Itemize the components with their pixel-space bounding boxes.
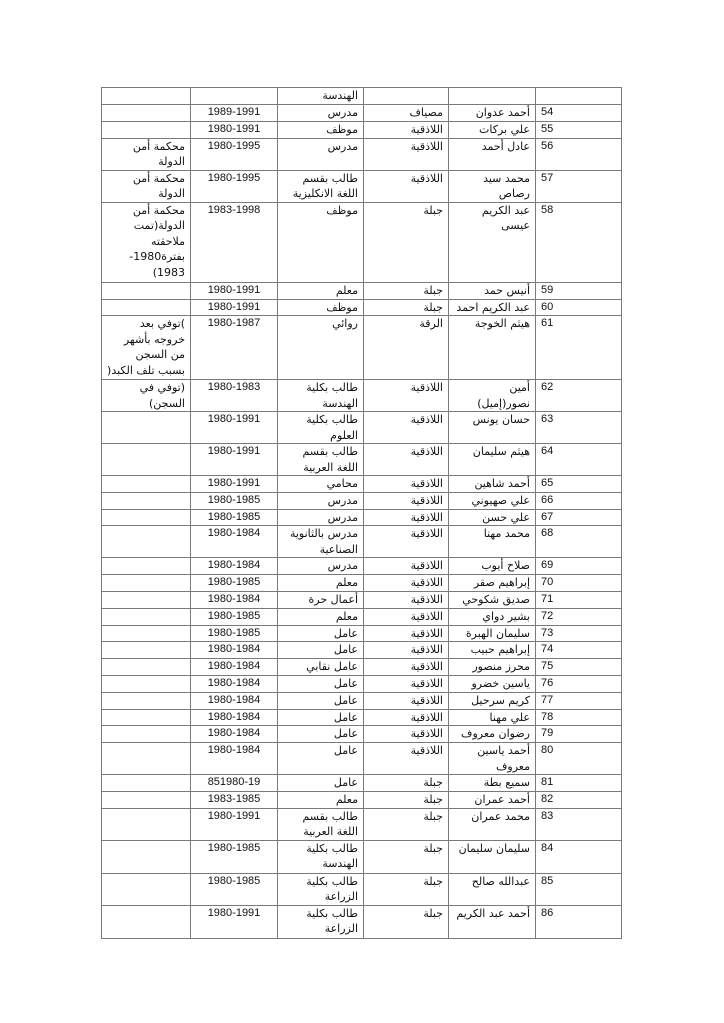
occupation-cell: عامل [278, 692, 364, 709]
table-row: 82أحمد عمرانجبلةمعلم1983-1985 [102, 792, 622, 809]
occupation-cell: طالب بكلية الهندسة [278, 380, 364, 412]
table-row: 84سليمان سليمانجبلةطالب بكلية الهندسة198… [102, 840, 622, 873]
detention-period-cell: 1980-1984 [191, 526, 278, 558]
table-row: 64هيثم سليماناللاذقيةطالب بقسم اللغة الع… [102, 444, 622, 476]
city-cell: جبلة [364, 299, 449, 316]
occupation-cell: مدرس [278, 558, 364, 575]
detention-period-cell: 1980-1984 [191, 726, 278, 743]
city-cell: اللاذقية [364, 676, 449, 693]
table-row: 68محمد مهنااللاذقيةمدرس بالثانوية الصناع… [102, 526, 622, 558]
row-number-cell: 86 [536, 905, 622, 938]
city-cell: اللاذقية [364, 412, 449, 444]
occupation-cell: مدرس بالثانوية الصناعية [278, 526, 364, 558]
city-cell: اللاذقية [364, 726, 449, 743]
name-cell: عبد الكريم احمد [449, 299, 536, 316]
table-row: 81سميع بطةجبلةعامل851980-19 [102, 775, 622, 792]
occupation-cell: طالب بقسم اللغة الانكليزية [278, 170, 364, 202]
note-cell [102, 608, 191, 625]
detention-period-cell: 1980-1991 [191, 299, 278, 316]
table-row: الهندسة [102, 88, 622, 105]
note-cell [102, 575, 191, 592]
table-row: 61هيثم الخوجةالرقةروائي1980-1987)توفي بع… [102, 316, 622, 380]
row-number-cell: 82 [536, 792, 622, 809]
row-number-cell: 79 [536, 726, 622, 743]
city-cell: اللاذقية [364, 558, 449, 575]
name-cell [449, 88, 536, 105]
city-cell: جبلة [364, 202, 449, 282]
table-row: 69صلاح أيوباللاذقيةمدرس1980-1984 [102, 558, 622, 575]
table-row: 73سليمان الهبرةاللاذقيةعامل1980-1985 [102, 625, 622, 642]
name-cell: عبد الكريم عيسى [449, 202, 536, 282]
note-cell [102, 625, 191, 642]
note-cell [102, 775, 191, 792]
occupation-cell: عامل [278, 625, 364, 642]
city-cell: اللاذقية [364, 380, 449, 412]
city-cell: اللاذقية [364, 509, 449, 526]
note-cell [102, 873, 191, 905]
name-cell: رضوان معروف [449, 726, 536, 743]
name-cell: أحمد عبد الكريم [449, 905, 536, 938]
note-cell [102, 121, 191, 138]
note-cell: محكمة أمن الدولة(تمت ملاحقته بفترة1980- … [102, 202, 191, 282]
note-cell: )توفي بعد خروجه بأشهر من السجن بسبب تلف … [102, 316, 191, 380]
name-cell: أحمد عدوان [449, 105, 536, 122]
row-number-cell: 67 [536, 509, 622, 526]
row-number-cell: 68 [536, 526, 622, 558]
row-number-cell: 78 [536, 709, 622, 726]
occupation-cell: أعمال حرة [278, 591, 364, 608]
detention-period-cell: 1980-1984 [191, 591, 278, 608]
occupation-cell: طالب بقسم اللغة العربية [278, 808, 364, 840]
occupation-cell: عامل [278, 726, 364, 743]
city-cell: اللاذقية [364, 575, 449, 592]
name-cell: عبدالله صالح [449, 873, 536, 905]
name-cell: أحمد ياسين معروف [449, 743, 536, 775]
row-number-cell: 71 [536, 591, 622, 608]
occupation-cell: موظف [278, 202, 364, 282]
table-row: 63حسان يونساللاذقيةطالب بكلية العلوم1980… [102, 412, 622, 444]
occupation-cell: مدرس [278, 138, 364, 170]
city-cell: مصياف [364, 105, 449, 122]
note-cell: (توفي في السجن) [102, 380, 191, 412]
row-number-cell: 60 [536, 299, 622, 316]
occupation-cell: الهندسة [278, 88, 364, 105]
row-number-cell: 74 [536, 642, 622, 659]
note-cell: محكمة أمن الدولة [102, 138, 191, 170]
name-cell: أمين نصور(إميل) [449, 380, 536, 412]
name-cell: كريم سرحيل [449, 692, 536, 709]
detention-period-cell: 1980-1991 [191, 905, 278, 938]
note-cell [102, 808, 191, 840]
city-cell: جبلة [364, 792, 449, 809]
row-number-cell: 72 [536, 608, 622, 625]
name-cell: هيثم الخوجة [449, 316, 536, 380]
row-number-cell: 55 [536, 121, 622, 138]
row-number-cell: 75 [536, 659, 622, 676]
detention-period-cell: 1980-1984 [191, 743, 278, 775]
occupation-cell: معلم [278, 792, 364, 809]
city-cell: اللاذقية [364, 121, 449, 138]
occupation-cell: طالب بكلية العلوم [278, 412, 364, 444]
name-cell: محمد عمران [449, 808, 536, 840]
detention-period-cell: 1980-1984 [191, 692, 278, 709]
row-number-cell [536, 88, 622, 105]
note-cell [102, 444, 191, 476]
occupation-cell: عامل [278, 775, 364, 792]
row-number-cell: 59 [536, 282, 622, 299]
name-cell: أحمد شاهين [449, 476, 536, 493]
note-cell [102, 905, 191, 938]
note-cell [102, 743, 191, 775]
note-cell [102, 642, 191, 659]
city-cell: اللاذقية [364, 170, 449, 202]
occupation-cell: موظف [278, 299, 364, 316]
row-number-cell: 76 [536, 676, 622, 693]
table-row: 58عبد الكريم عيسىجبلةموظف1983-1998محكمة … [102, 202, 622, 282]
detention-period-cell: 1983-1985 [191, 792, 278, 809]
row-number-cell: 65 [536, 476, 622, 493]
occupation-cell: مدرس [278, 493, 364, 510]
table-row: 80أحمد ياسين معروفاللاذقيةعامل1980-1984 [102, 743, 622, 775]
name-cell: علي صهيوني [449, 493, 536, 510]
note-cell [102, 476, 191, 493]
row-number-cell: 56 [536, 138, 622, 170]
note-cell [102, 493, 191, 510]
row-number-cell: 77 [536, 692, 622, 709]
table-row: 85عبدالله صالحجبلةطالب بكلية الزراعة1980… [102, 873, 622, 905]
note-cell [102, 299, 191, 316]
occupation-cell: عامل [278, 676, 364, 693]
occupation-cell: عامل [278, 743, 364, 775]
note-cell [102, 88, 191, 105]
note-cell [102, 105, 191, 122]
name-cell: عادل أحمد [449, 138, 536, 170]
name-cell: محمد مهنا [449, 526, 536, 558]
records-table-body: الهندسة54أحمد عدوانمصيافمدرس1989-199155ع… [102, 88, 622, 939]
name-cell: ياسين خضرو [449, 676, 536, 693]
table-row: 75محرز منصوراللاذقيةعامل نقابي1980-1984 [102, 659, 622, 676]
table-row: 60عبد الكريم احمدجبلةموظف1980-1991 [102, 299, 622, 316]
table-row: 66علي صهيونياللاذقيةمدرس1980-1985 [102, 493, 622, 510]
note-cell [102, 282, 191, 299]
table-row: 67علي حسناللاذقيةمدرس1980-1985 [102, 509, 622, 526]
occupation-cell: مدرس [278, 105, 364, 122]
row-number-cell: 58 [536, 202, 622, 282]
note-cell [102, 726, 191, 743]
name-cell: حسان يونس [449, 412, 536, 444]
note-cell [102, 676, 191, 693]
name-cell: إبراهيم صقر [449, 575, 536, 592]
note-cell [102, 659, 191, 676]
detention-period-cell: 1980-1984 [191, 642, 278, 659]
detention-period-cell: 1980-1985 [191, 575, 278, 592]
occupation-cell: طالب بكلية الزراعة [278, 905, 364, 938]
row-number-cell: 57 [536, 170, 622, 202]
detention-period-cell: 1980-1984 [191, 676, 278, 693]
name-cell: بشير دواي [449, 608, 536, 625]
detention-period-cell: 1980-1991 [191, 412, 278, 444]
row-number-cell: 61 [536, 316, 622, 380]
occupation-cell: طالب بكلية الهندسة [278, 840, 364, 873]
name-cell: إبراهيم حبيب [449, 642, 536, 659]
occupation-cell: عامل نقابي [278, 659, 364, 676]
detention-period-cell: 1980-1984 [191, 558, 278, 575]
city-cell: الرقة [364, 316, 449, 380]
note-cell [102, 412, 191, 444]
note-cell [102, 526, 191, 558]
row-number-cell: 83 [536, 808, 622, 840]
row-number-cell: 70 [536, 575, 622, 592]
note-cell [102, 591, 191, 608]
detention-period-cell: 1980-1985 [191, 493, 278, 510]
city-cell: جبلة [364, 282, 449, 299]
name-cell: أحمد عمران [449, 792, 536, 809]
name-cell: سميع بطة [449, 775, 536, 792]
city-cell: جبلة [364, 905, 449, 938]
row-number-cell: 54 [536, 105, 622, 122]
occupation-cell: طالب بقسم اللغة العربية [278, 444, 364, 476]
row-number-cell: 80 [536, 743, 622, 775]
note-cell [102, 792, 191, 809]
table-row: 56عادل أحمداللاذقيةمدرس1980-1995محكمة أم… [102, 138, 622, 170]
row-number-cell: 66 [536, 493, 622, 510]
detention-period-cell: 1980-1991 [191, 282, 278, 299]
table-row: 86أحمد عبد الكريمجبلةطالب بكلية الزراعة1… [102, 905, 622, 938]
name-cell: علي حسن [449, 509, 536, 526]
name-cell: هيثم سليمان [449, 444, 536, 476]
row-number-cell: 69 [536, 558, 622, 575]
detention-period-cell: 1980-1985 [191, 873, 278, 905]
note-cell [102, 709, 191, 726]
city-cell: اللاذقية [364, 138, 449, 170]
row-number-cell: 63 [536, 412, 622, 444]
table-row: 55علي بركاتاللاذقيةموظف1980-1991 [102, 121, 622, 138]
table-row: 54أحمد عدوانمصيافمدرس1989-1991 [102, 105, 622, 122]
city-cell: اللاذقية [364, 625, 449, 642]
name-cell: محرز منصور [449, 659, 536, 676]
city-cell: اللاذقية [364, 659, 449, 676]
table-row: 77كريم سرحيلاللاذقيةعامل1980-1984 [102, 692, 622, 709]
city-cell: اللاذقية [364, 608, 449, 625]
document-page: الهندسة54أحمد عدوانمصيافمدرس1989-199155ع… [0, 0, 724, 1023]
city-cell [364, 88, 449, 105]
detention-period-cell: 1980-1987 [191, 316, 278, 380]
city-cell: اللاذقية [364, 642, 449, 659]
row-number-cell: 73 [536, 625, 622, 642]
detention-period-cell: 1980-1991 [191, 476, 278, 493]
occupation-cell: عامل [278, 709, 364, 726]
detention-period-cell: 1989-1991 [191, 105, 278, 122]
occupation-cell: مدرس [278, 509, 364, 526]
name-cell: علي مهنا [449, 709, 536, 726]
note-cell [102, 692, 191, 709]
detention-period-cell: 1980-1995 [191, 170, 278, 202]
row-number-cell: 85 [536, 873, 622, 905]
table-row: 71صديق شكوحياللاذقيةأعمال حرة1980-1984 [102, 591, 622, 608]
row-number-cell: 84 [536, 840, 622, 873]
occupation-cell: محامي [278, 476, 364, 493]
city-cell: اللاذقية [364, 743, 449, 775]
table-row: 74إبراهيم حبيباللاذقيةعامل1980-1984 [102, 642, 622, 659]
table-row: 83محمد عمرانجبلةطالب بقسم اللغة العربية1… [102, 808, 622, 840]
detention-period-cell: 1980-1991 [191, 808, 278, 840]
city-cell: جبلة [364, 808, 449, 840]
name-cell: صلاح أيوب [449, 558, 536, 575]
name-cell: صديق شكوحي [449, 591, 536, 608]
occupation-cell: طالب بكلية الزراعة [278, 873, 364, 905]
city-cell: جبلة [364, 840, 449, 873]
detention-period-cell: 851980-19 [191, 775, 278, 792]
detention-period-cell: 1980-1991 [191, 121, 278, 138]
occupation-cell: روائي [278, 316, 364, 380]
city-cell: اللاذقية [364, 444, 449, 476]
table-row: 59أنيس حمدجبلةمعلم1980-1991 [102, 282, 622, 299]
note-cell: محكمة أمن الدولة [102, 170, 191, 202]
note-cell [102, 558, 191, 575]
records-table: الهندسة54أحمد عدوانمصيافمدرس1989-199155ع… [101, 87, 622, 939]
city-cell: جبلة [364, 873, 449, 905]
name-cell: سليمان سليمان [449, 840, 536, 873]
occupation-cell: معلم [278, 575, 364, 592]
table-row: 79رضوان معروفاللاذقيةعامل1980-1984 [102, 726, 622, 743]
detention-period-cell [191, 88, 278, 105]
detention-period-cell: 1980-1985 [191, 840, 278, 873]
detention-period-cell: 1980-1983 [191, 380, 278, 412]
detention-period-cell: 1983-1998 [191, 202, 278, 282]
detention-period-cell: 1980-1995 [191, 138, 278, 170]
city-cell: اللاذقية [364, 493, 449, 510]
city-cell: اللاذقية [364, 591, 449, 608]
occupation-cell: عامل [278, 642, 364, 659]
note-cell [102, 840, 191, 873]
table-row: 65أحمد شاهيناللاذقيةمحامي1980-1991 [102, 476, 622, 493]
occupation-cell: معلم [278, 608, 364, 625]
detention-period-cell: 1980-1984 [191, 659, 278, 676]
detention-period-cell: 1980-1985 [191, 608, 278, 625]
name-cell: محمد سيد رصاص [449, 170, 536, 202]
name-cell: سليمان الهبرة [449, 625, 536, 642]
detention-period-cell: 1980-1985 [191, 509, 278, 526]
occupation-cell: موظف [278, 121, 364, 138]
city-cell: اللاذقية [364, 709, 449, 726]
detention-period-cell: 1980-1991 [191, 444, 278, 476]
city-cell: اللاذقية [364, 526, 449, 558]
table-row: 62أمين نصور(إميل)اللاذقيةطالب بكلية الهن… [102, 380, 622, 412]
table-row: 78علي مهنااللاذقيةعامل1980-1984 [102, 709, 622, 726]
city-cell: جبلة [364, 775, 449, 792]
city-cell: اللاذقية [364, 476, 449, 493]
name-cell: أنيس حمد [449, 282, 536, 299]
table-row: 57محمد سيد رصاصاللاذقيةطالب بقسم اللغة ا… [102, 170, 622, 202]
name-cell: علي بركات [449, 121, 536, 138]
row-number-cell: 81 [536, 775, 622, 792]
detention-period-cell: 1980-1984 [191, 709, 278, 726]
row-number-cell: 64 [536, 444, 622, 476]
city-cell: اللاذقية [364, 692, 449, 709]
table-row: 70إبراهيم صقراللاذقيةمعلم1980-1985 [102, 575, 622, 592]
occupation-cell: معلم [278, 282, 364, 299]
detention-period-cell: 1980-1985 [191, 625, 278, 642]
table-row: 76ياسين خضرواللاذقيةعامل1980-1984 [102, 676, 622, 693]
table-row: 72بشير دواياللاذقيةمعلم1980-1985 [102, 608, 622, 625]
row-number-cell: 62 [536, 380, 622, 412]
note-cell [102, 509, 191, 526]
